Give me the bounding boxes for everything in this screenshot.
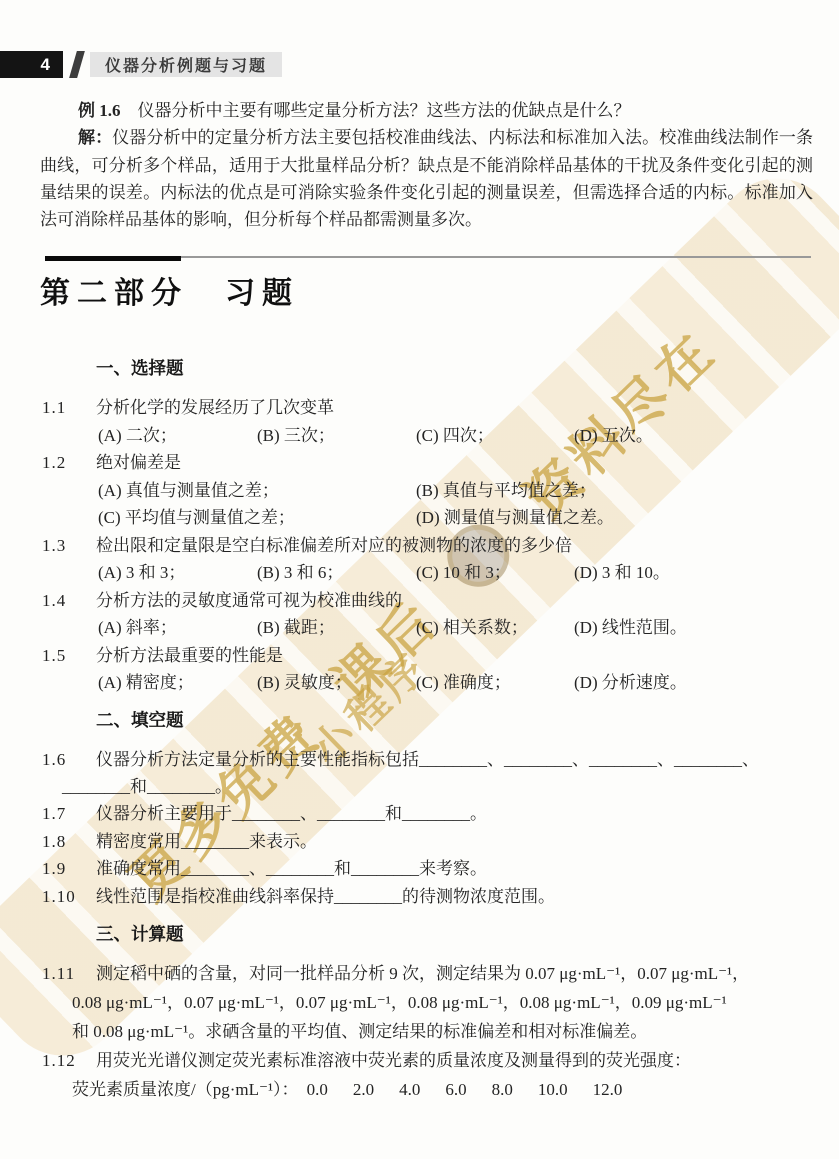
question-number: 1.11: [40, 960, 96, 989]
question-1-8: 1.8 精密度常用________来表示。: [40, 828, 813, 856]
question-1-4: 1.4 分析方法的灵敏度通常可视为校准曲线的: [40, 587, 813, 615]
question-text: 线性范围是指校准曲线斜率保持________的待测物浓度范围。: [96, 883, 813, 911]
question-1-11-line3: 和 0.08 μg·mL⁻¹。求硒含量的平均值、测定结果的标准偏差和相对标准偏差…: [40, 1018, 813, 1047]
question-text: 测定稻中硒的含量，对同一批样品分析 9 次，测定结果为 0.07 μg·mL⁻¹…: [96, 960, 813, 989]
example-question: 仪器分析中主要有哪些定量分析方法？这些方法的优缺点是什么？: [138, 101, 631, 120]
option-c: (C) 四次；: [416, 422, 574, 450]
question-1-6: 1.6 仪器分析方法定量分析的主要性能指标包括________、________…: [40, 746, 813, 774]
data-value: 2.0: [353, 1076, 374, 1105]
option-c: (C) 准确度；: [416, 669, 574, 697]
question-1-3: 1.3 检出限和定量限是空白标准偏差所对应的被测物的浓度的多少倍: [40, 532, 813, 560]
option-c: (C) 10 和 3；: [416, 559, 574, 587]
question-text: 用荧光光谱仪测定荧光素标准溶液中荧光素的质量浓度及测量得到的荧光强度：: [96, 1047, 813, 1076]
data-value: 0.0: [307, 1076, 328, 1105]
question-text: 准确度常用________、________和________来考察。: [96, 855, 813, 883]
example-question-line: 例 1.6 仪器分析中主要有哪些定量分析方法？这些方法的优缺点是什么？: [40, 97, 813, 124]
option-a: (A) 3 和 3；: [98, 559, 257, 587]
option-b: (B) 三次；: [257, 422, 416, 450]
header-title: 仪器分析例题与习题: [90, 52, 282, 77]
question-1-7: 1.7 仪器分析主要用于________、________和________。: [40, 800, 813, 828]
data-value: 10.0: [538, 1076, 568, 1105]
page-content: 例 1.6 仪器分析中主要有哪些定量分析方法？这些方法的优缺点是什么？ 解：仪器…: [40, 97, 813, 1104]
page-header: 4 仪器分析例题与习题: [0, 51, 282, 78]
option-c: (C) 相关系数；: [416, 614, 574, 642]
section-divider: [40, 256, 813, 262]
question-text: 分析方法的灵敏度通常可视为校准曲线的: [96, 587, 813, 615]
question-text: 仪器分析主要用于________、________和________。: [96, 800, 813, 828]
data-value: 12.0: [593, 1076, 623, 1105]
question-text: 仪器分析方法定量分析的主要性能指标包括________、________、___…: [96, 746, 813, 774]
divider-thick-bar: [45, 256, 181, 261]
option-c: (C) 平均值与测量值之差；: [98, 504, 416, 532]
question-1-6-continuation: ________和________。: [40, 773, 813, 800]
book-page: 更多免费 课后 资料尽在 小程序 4 仪器分析例题与习题 例 1.6 仪器分析中…: [0, 0, 839, 1159]
data-value: 4.0: [399, 1076, 420, 1105]
option-d: (D) 五次。: [574, 422, 813, 450]
question-1-12-data-row: 荧光素质量浓度/（pg·mL⁻¹）：0.02.04.06.08.010.012.…: [40, 1076, 813, 1105]
options-1-4: (A) 斜率； (B) 截距； (C) 相关系数； (D) 线性范围。: [40, 614, 813, 642]
options-1-2-row1: (A) 真值与测量值之差； (B) 真值与平均值之差；: [40, 477, 813, 505]
question-number: 1.1: [40, 394, 96, 422]
question-number: 1.12: [40, 1047, 96, 1076]
question-text: 分析方法最重要的性能是: [96, 642, 813, 670]
question-1-10: 1.10 线性范围是指校准曲线斜率保持________的待测物浓度范围。: [40, 883, 813, 911]
data-value: 8.0: [492, 1076, 513, 1105]
question-1-11-line2: 0.08 μg·mL⁻¹，0.07 μg·mL⁻¹，0.07 μg·mL⁻¹，0…: [40, 989, 813, 1018]
question-number: 1.3: [40, 532, 96, 560]
option-b: (B) 3 和 6；: [257, 559, 416, 587]
options-1-5: (A) 精密度； (B) 灵敏度； (C) 准确度； (D) 分析速度。: [40, 669, 813, 697]
question-text: 检出限和定量限是空白标准偏差所对应的被测物的浓度的多少倍: [96, 532, 813, 560]
part2-heading: 第二部分 习题: [40, 274, 813, 314]
section-title-fill: 二、填空题: [40, 707, 813, 734]
example-label: 例 1.6: [78, 101, 121, 120]
question-number: 1.8: [40, 828, 96, 856]
option-d: (D) 3 和 10。: [574, 559, 813, 587]
section-title-choice: 一、选择题: [40, 355, 813, 382]
options-1-3: (A) 3 和 3； (B) 3 和 6； (C) 10 和 3； (D) 3 …: [40, 559, 813, 587]
question-number: 1.9: [40, 855, 96, 883]
option-d: (D) 线性范围。: [574, 614, 813, 642]
question-number: 1.2: [40, 449, 96, 477]
question-number: 1.7: [40, 800, 96, 828]
solution-text: 仪器分析中的定量分析方法主要包括校准曲线法、内标法和标准加入法。校准曲线法制作一…: [40, 128, 813, 229]
question-1-2: 1.2 绝对偏差是: [40, 449, 813, 477]
option-b: (B) 灵敏度；: [257, 669, 416, 697]
question-1-12: 1.12 用荧光光谱仪测定荧光素标准溶液中荧光素的质量浓度及测量得到的荧光强度：: [40, 1047, 813, 1076]
question-1-9: 1.9 准确度常用________、________和________来考察。: [40, 855, 813, 883]
option-b: (B) 真值与平均值之差；: [416, 477, 813, 505]
option-a: (A) 真值与测量值之差；: [98, 477, 416, 505]
question-1-11: 1.11 测定稻中硒的含量，对同一批样品分析 9 次，测定结果为 0.07 μg…: [40, 960, 813, 989]
question-text: 精密度常用________来表示。: [96, 828, 813, 856]
options-1-1: (A) 二次； (B) 三次； (C) 四次； (D) 五次。: [40, 422, 813, 450]
options-1-2-row2: (C) 平均值与测量值之差； (D) 测量值与测量值之差。: [40, 504, 813, 532]
section-title-calc: 三、计算题: [40, 921, 813, 948]
question-text: 分析化学的发展经历了几次变革: [96, 394, 813, 422]
solution-label: 解：: [78, 128, 112, 147]
option-a: (A) 斜率；: [98, 614, 257, 642]
option-a: (A) 精密度；: [98, 669, 257, 697]
question-1-5: 1.5 分析方法最重要的性能是: [40, 642, 813, 670]
question-number: 1.10: [40, 883, 96, 911]
data-row-label: 荧光素质量浓度/（pg·mL⁻¹）：: [72, 1080, 299, 1099]
question-number: 1.5: [40, 642, 96, 670]
question-number: 1.6: [40, 746, 96, 774]
option-d: (D) 测量值与测量值之差。: [416, 504, 813, 532]
question-1-1: 1.1 分析化学的发展经历了几次变革: [40, 394, 813, 422]
option-b: (B) 截距；: [257, 614, 416, 642]
page-number: 4: [0, 51, 63, 78]
data-value: 6.0: [445, 1076, 466, 1105]
option-d: (D) 分析速度。: [574, 669, 813, 697]
example-block: 例 1.6 仪器分析中主要有哪些定量分析方法？这些方法的优缺点是什么？ 解：仪器…: [40, 97, 813, 233]
calc-questions: 1.11 测定稻中硒的含量，对同一批样品分析 9 次，测定结果为 0.07 μg…: [40, 960, 813, 1104]
example-solution: 解：仪器分析中的定量分析方法主要包括校准曲线法、内标法和标准加入法。校准曲线法制…: [40, 124, 813, 233]
header-slash-divider: [69, 51, 85, 78]
option-a: (A) 二次；: [98, 422, 257, 450]
question-text: 绝对偏差是: [96, 449, 813, 477]
question-number: 1.4: [40, 587, 96, 615]
